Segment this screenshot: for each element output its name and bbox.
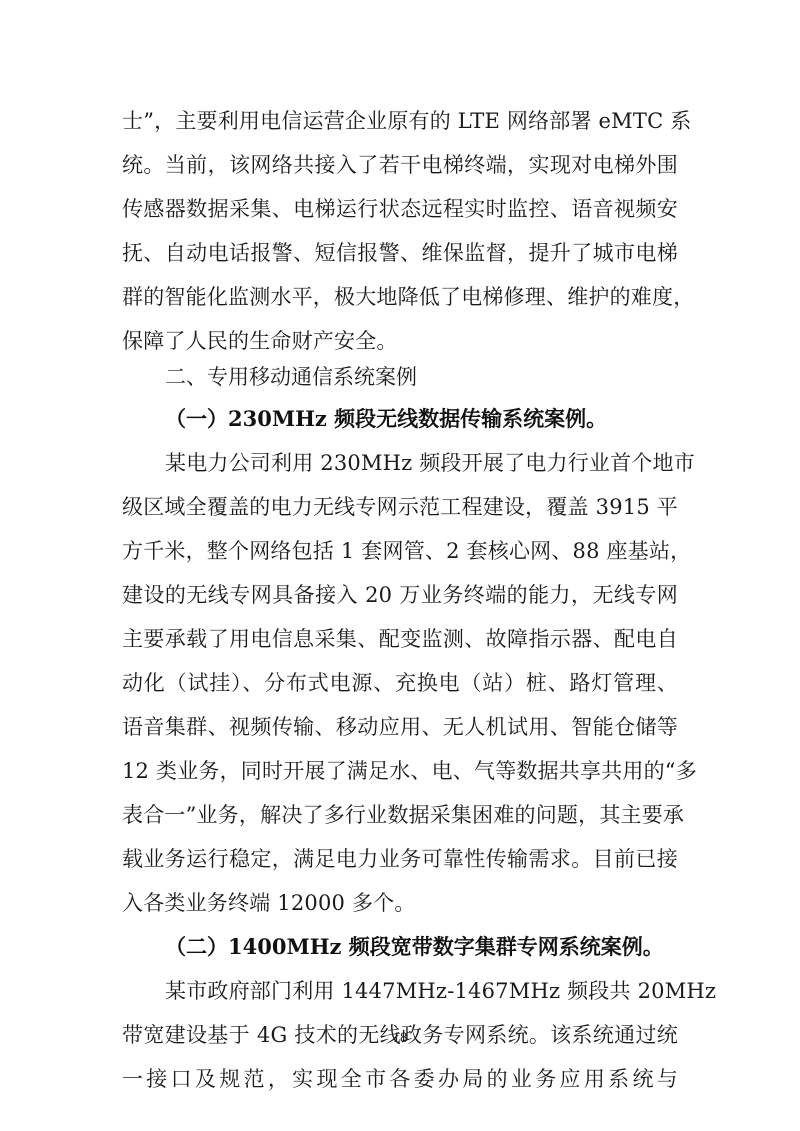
paragraph-line: 动化（试挂）、分布式电源、充换电（站）桩、路灯管理、 xyxy=(122,668,678,698)
paragraph-line: 保障了人民的生命财产安全。 xyxy=(122,326,678,356)
document-page: 士”，主要利用电信运营企业原有的 LTE 网络部署 eMTC 系 统。当前，该网… xyxy=(0,0,800,1131)
paragraph-line: 某市政府部门利用 1447MHz-1467MHz 频段共 20MHz xyxy=(165,976,678,1006)
paragraph-line: 一接口及规范，实现全市各委办局的业务应用系统与 xyxy=(122,1064,678,1094)
paragraph-line: 传感器数据采集、电梯运行状态远程实时监控、语音视频安 xyxy=(122,194,678,224)
paragraph-line: 载业务运行稳定，满足电力业务可靠性传输需求。目前已接 xyxy=(122,844,678,874)
paragraph-line: 入各类业务终端 12000 多个。 xyxy=(122,888,678,918)
paragraph-line: 主要承载了用电信息采集、配变监测、故障指示器、配电自 xyxy=(122,624,678,654)
paragraph-line: 群的智能化监测水平，极大地降低了电梯修理、维护的难度， xyxy=(122,282,678,312)
subsection-heading-1: （一）230MHz 频段无线数据传输系统案例。 xyxy=(165,404,607,434)
paragraph-line: 抚、自动电话报警、短信报警、维保监督，提升了城市电梯 xyxy=(122,238,678,268)
subsection-heading-2: （二）1400MHz 频段宽带数字集群专网系统案例。 xyxy=(165,932,664,962)
paragraph-line: 方千米，整个网络包括 1 套网管、2 套核心网、88 座基站， xyxy=(122,536,678,566)
paragraph-line: 某电力公司利用 230MHz 频段开展了电力行业首个地市 xyxy=(165,448,678,478)
section-heading: 二、专用移动通信系统案例 xyxy=(165,362,417,392)
page-number: 18 xyxy=(0,1030,800,1047)
paragraph-line: 建设的无线专网具备接入 20 万业务终端的能力，无线专网 xyxy=(122,580,678,610)
paragraph-line: 语音集群、视频传输、移动应用、无人机试用、智能仓储等 xyxy=(122,712,678,742)
paragraph-line: 12 类业务，同时开展了满足水、电、气等数据共享共用的“多 xyxy=(122,756,678,786)
paragraph-line: 表合一”业务，解决了多行业数据采集困难的问题，其主要承 xyxy=(122,800,678,830)
paragraph-line: 级区域全覆盖的电力无线专网示范工程建设，覆盖 3915 平 xyxy=(122,492,678,522)
paragraph-line: 统。当前，该网络共接入了若干电梯终端，实现对电梯外围 xyxy=(122,150,678,180)
paragraph-line: 士”，主要利用电信运营企业原有的 LTE 网络部署 eMTC 系 xyxy=(122,106,678,136)
